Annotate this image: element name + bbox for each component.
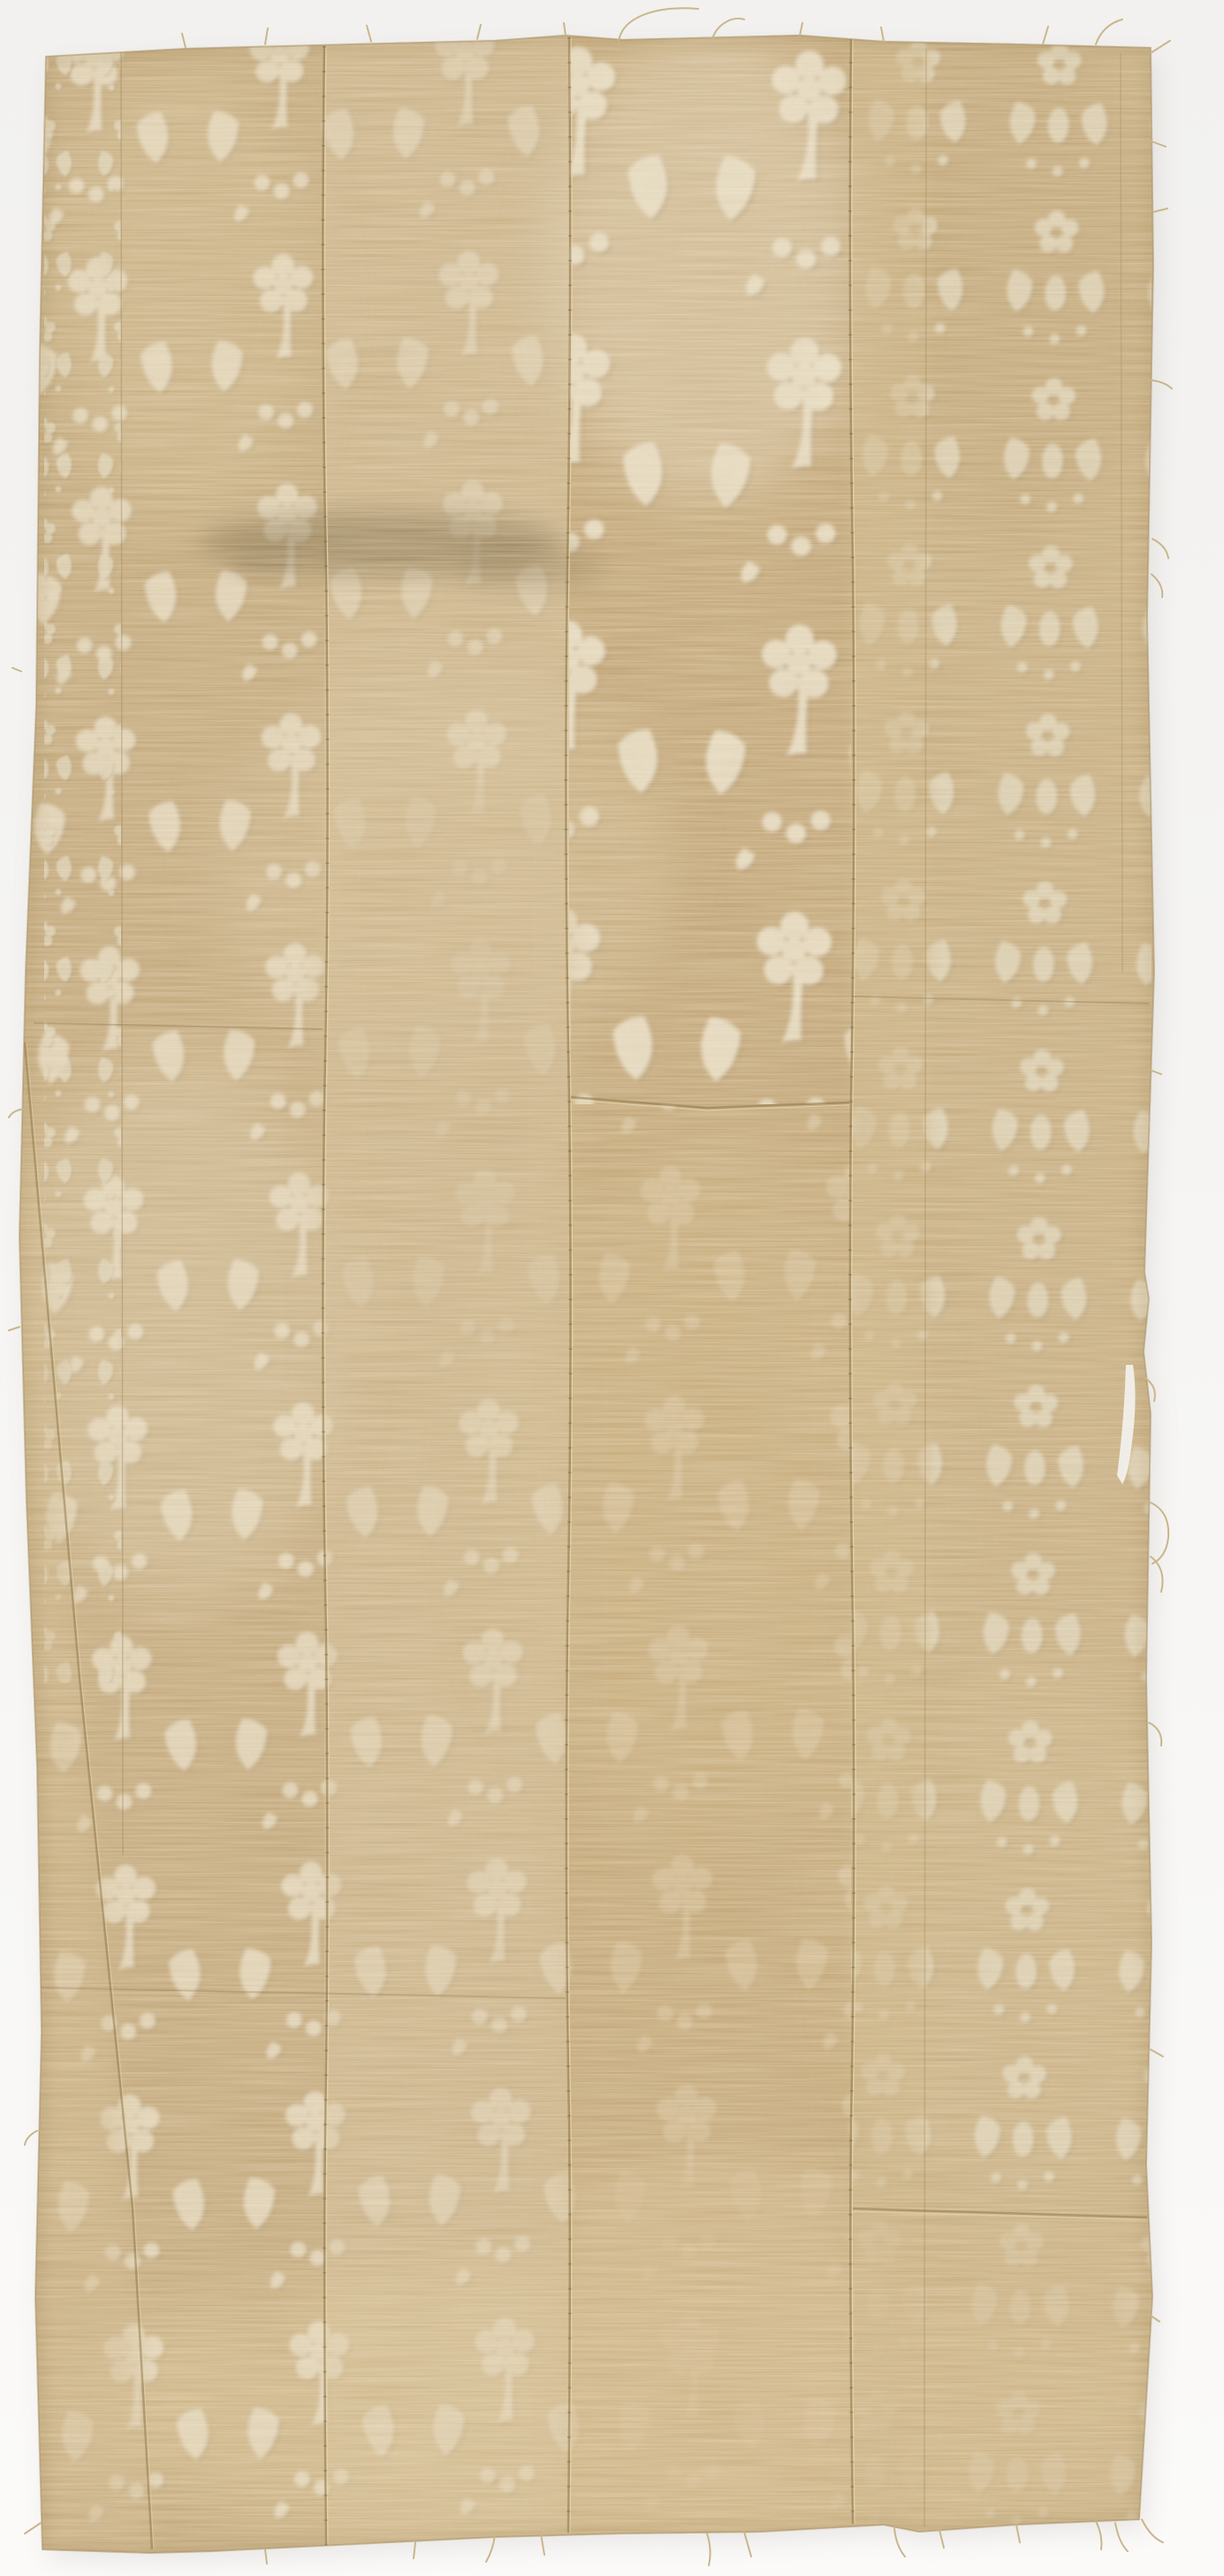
textile-photo-svg <box>0 0 1224 2576</box>
speckle-texture <box>0 0 1224 2576</box>
textile-photograph <box>0 0 1224 2576</box>
textile-fragment <box>0 0 1224 2576</box>
